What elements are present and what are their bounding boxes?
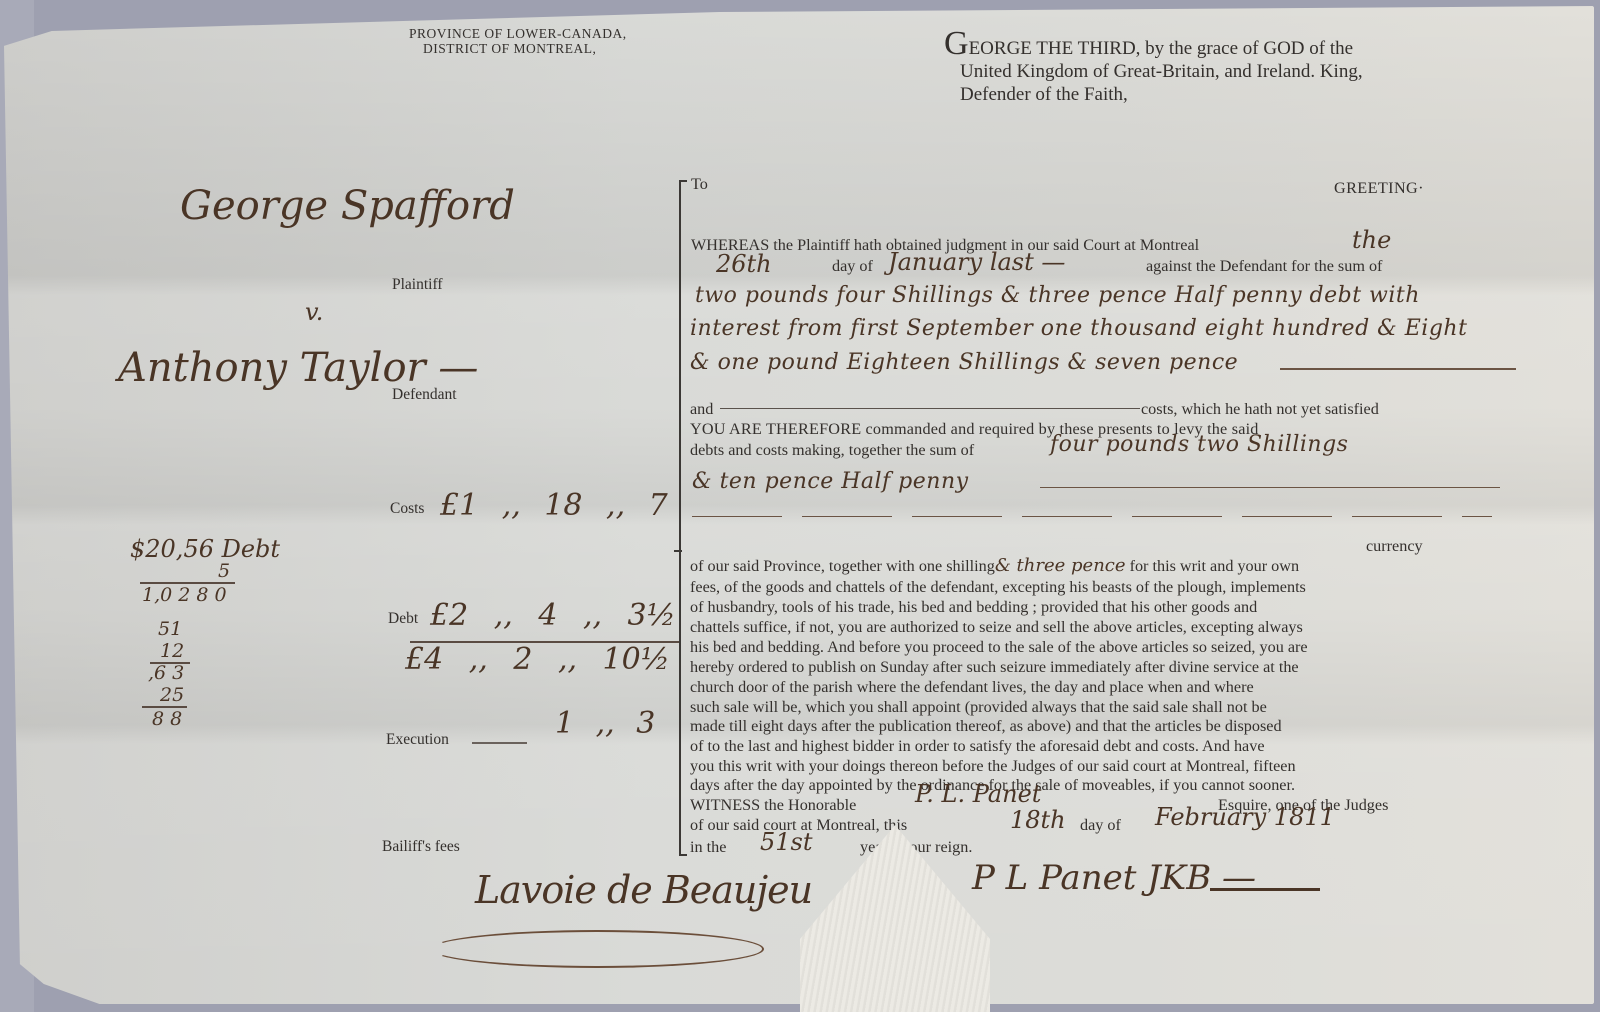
- para-line-10: of to the last and highest bidder in ord…: [690, 736, 1265, 756]
- shilling-hand: & three pence: [995, 555, 1126, 576]
- judge-signature-flourish: [1210, 888, 1320, 891]
- sum-fill-rule: [1280, 368, 1516, 370]
- in-the-label: in the: [690, 837, 726, 857]
- costs-unsatisfied: costs, which he hath not yet satisfied: [1141, 399, 1379, 419]
- total-hand-line-1: four pounds two Shillings: [1050, 432, 1348, 457]
- execution-value: 1 ,, 3: [555, 706, 655, 741]
- judgment-month-hand: January last —: [888, 248, 1065, 276]
- and-label: and: [690, 399, 713, 419]
- para-line-4: chattels suffice, if not, you are author…: [690, 617, 1303, 637]
- defendant-label: Defendant: [392, 386, 457, 404]
- calc-line-6: ,6 3: [148, 662, 184, 684]
- royal-line-2: United Kingdom of Great-Britain, and Ire…: [944, 60, 1363, 83]
- execution-label: Execution: [386, 731, 449, 749]
- district-line: DISTRICT OF MONTREAL,: [409, 41, 627, 56]
- bailiff-fees-label: Bailiff's fees: [382, 838, 460, 856]
- judge-signature: P L Panet JKB —: [972, 858, 1256, 898]
- date-day-of: day of: [1080, 815, 1121, 835]
- province-line: PROVINCE OF LOWER-CANADA,: [409, 26, 627, 41]
- total-value: £4 ,, 2 ,, 10½: [405, 642, 670, 677]
- defendant-name: Anthony Taylor —: [118, 345, 478, 391]
- total-fill-rule-2: [692, 516, 1492, 517]
- date-month-hand: February 1811: [1155, 803, 1335, 831]
- para-line-6: hereby ordered to publish on Sunday afte…: [690, 657, 1299, 677]
- para-line-2: fees, of the goods and chattels of the d…: [690, 577, 1306, 597]
- calc-line-4: 51: [158, 618, 182, 640]
- calc-line-2: 5: [218, 560, 230, 582]
- calc-line-5: 12: [160, 640, 184, 662]
- whereas-hand: the: [1352, 226, 1391, 254]
- royal-style: GEORGE THE THIRD, by the grace of GOD of…: [944, 30, 1363, 106]
- royal-line-3: Defender of the Faith,: [944, 83, 1363, 106]
- royal-initial: G: [944, 25, 969, 62]
- versus: v.: [305, 298, 323, 326]
- costs-value: £1 ,, 18 ,, 7: [440, 488, 668, 523]
- calc-line-7: 25: [160, 684, 184, 706]
- debt-value: £2 ,, 4 ,, 3½: [430, 598, 676, 633]
- day-of-label: day of: [832, 256, 873, 276]
- witness-judge-hand: P. L. Panet: [915, 780, 1041, 808]
- against-defendant: against the Defendant for the sum of: [1146, 256, 1382, 276]
- para-line-5: his bed and bedding. And before you proc…: [690, 637, 1308, 657]
- para-line-1: of our said Province, together with one …: [690, 556, 1299, 576]
- para-line-8: such sale will be, which you shall appoi…: [690, 697, 1267, 717]
- date-day-hand: 18th: [1010, 806, 1066, 834]
- judgment-day-hand: 26th: [716, 250, 772, 278]
- plaintiff-label: Plaintiff: [392, 276, 443, 294]
- regnal-year-hand: 51st: [760, 828, 813, 856]
- para-line-3: of husbandry, tools of his trade, his be…: [690, 597, 1257, 617]
- bracket-mid-tick: [674, 550, 682, 552]
- to-label: To: [691, 174, 708, 194]
- bracket-bottom-tick: [679, 854, 687, 856]
- plaintiff-name: George Spafford: [180, 183, 515, 229]
- para-line-7: church door of the parish where the defe…: [690, 677, 1254, 697]
- and-rule: [720, 408, 1140, 409]
- calc-line-3: 1,0 2 8 0: [142, 584, 227, 606]
- costs-label: Costs: [390, 500, 424, 518]
- para-line-11: you this writ with your doings thereon b…: [690, 756, 1296, 776]
- province-heading: PROVINCE OF LOWER-CANADA, DISTRICT OF MO…: [409, 26, 627, 56]
- total-fill-rule: [1040, 487, 1500, 488]
- debts-costs-line: debts and costs making, together the sum…: [690, 440, 974, 460]
- clerk-signature: Lavoie de Beaujeu: [475, 868, 812, 912]
- sum-hand-line-2: interest from first September one thousa…: [690, 316, 1467, 341]
- sum-hand-line-3: & one pound Eighteen Shillings & seven p…: [690, 350, 1238, 375]
- currency-label: currency: [1366, 536, 1423, 556]
- signature-flourish: [430, 930, 764, 968]
- sum-hand-line-1: two pounds four Shillings & three pence …: [695, 283, 1420, 308]
- para-line-9: made till eight days after the publicati…: [690, 716, 1282, 736]
- witness-label: WITNESS the Honorable: [690, 795, 856, 815]
- greeting: GREETING·: [1334, 178, 1424, 198]
- bracket-top-tick: [679, 180, 687, 182]
- royal-line-1: EORGE THE THIRD, by the grace of GOD of …: [969, 38, 1354, 59]
- calc-line-1: $20,56 Debt: [130, 535, 280, 563]
- writ-bracket: [679, 180, 681, 855]
- total-hand-line-2: & ten pence Half penny: [692, 469, 969, 494]
- calc-line-8: 8 8: [152, 708, 182, 730]
- execution-rule: [472, 742, 527, 744]
- debt-label: Debt: [388, 610, 418, 628]
